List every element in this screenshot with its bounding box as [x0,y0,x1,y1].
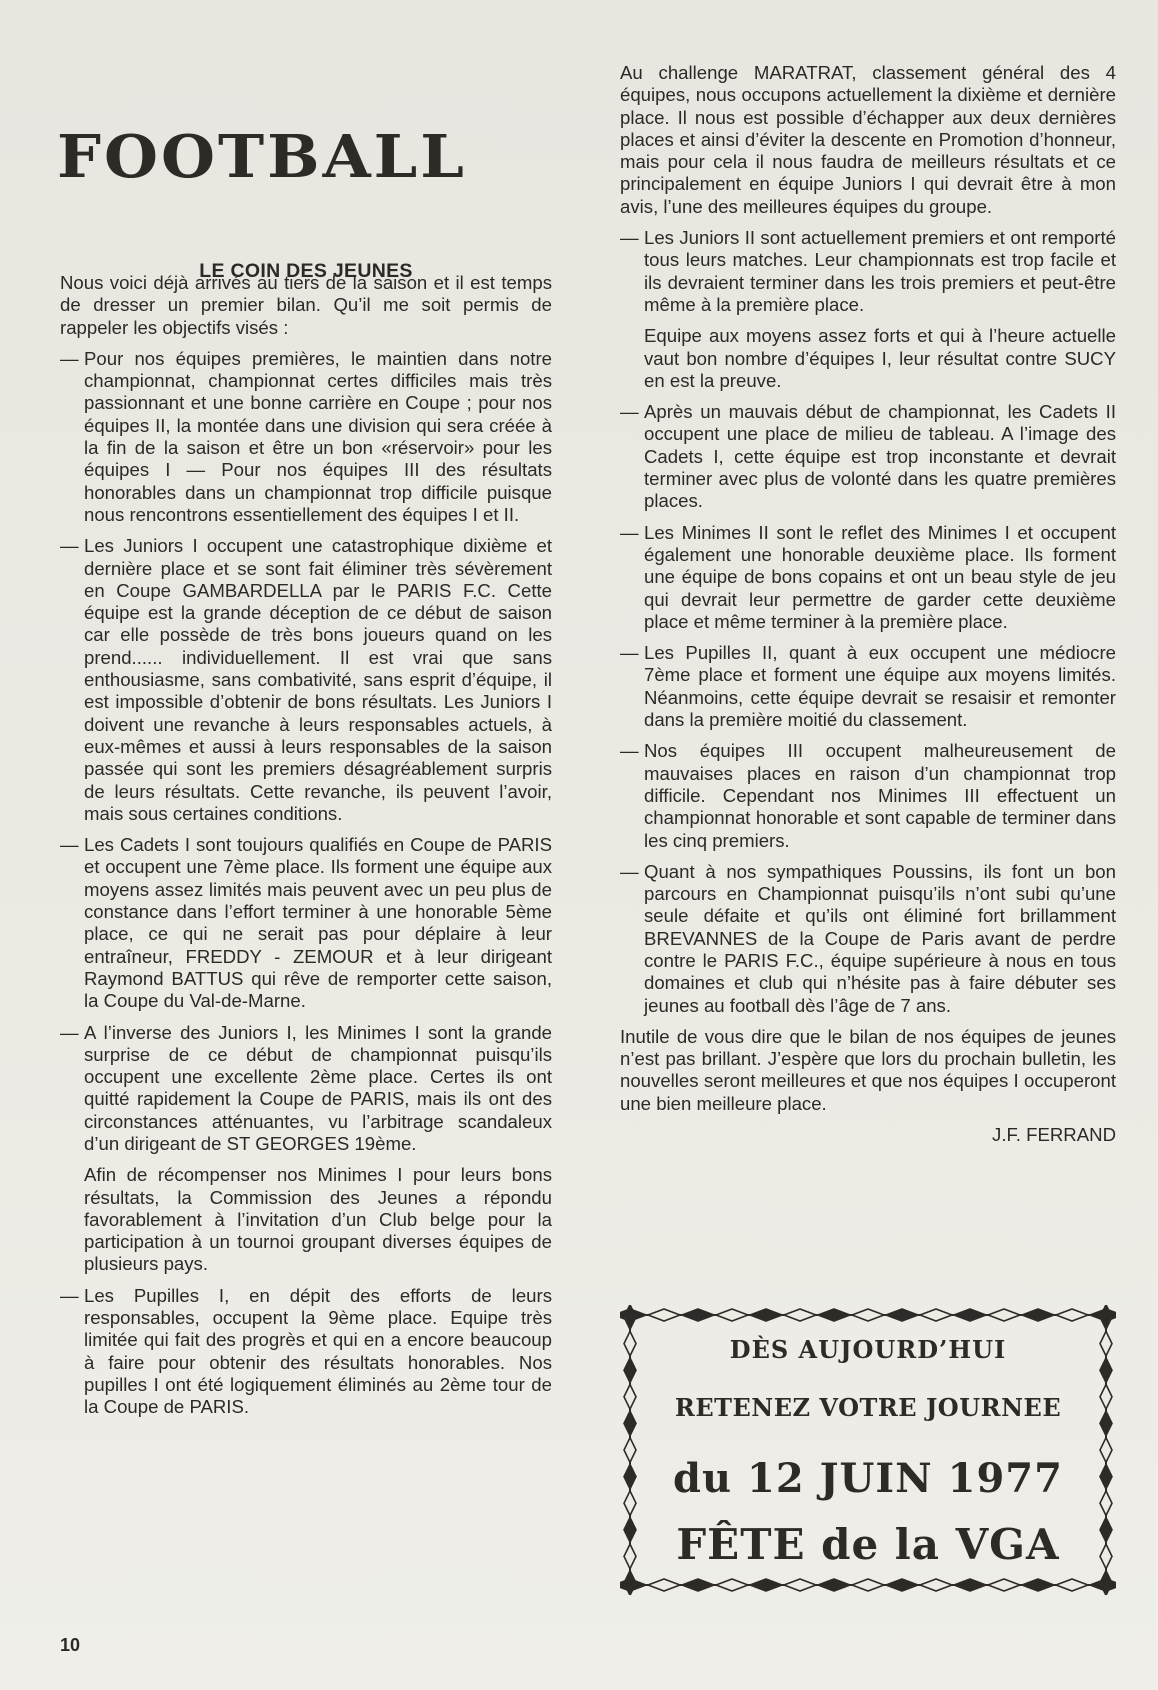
list-item: —Les Juniors II sont actuellement premie… [620,227,1116,316]
announcement-line-2: RETENEZ VOTRE JOURNEE [620,1393,1116,1422]
list-item: —Les Pupilles II, quant à eux occupent u… [620,642,1116,731]
dash-marker: — [620,227,639,249]
list-item: —Les Juniors I occupent une catastrophiq… [60,535,552,825]
dash-marker: — [60,1285,79,1307]
author-signature: J.F. FERRAND [620,1124,1116,1146]
announcement-box: DÈS AUJOURD’HUI RETENEZ VOTRE JOURNEE du… [620,1305,1116,1595]
page-number: 10 [60,1635,80,1656]
announcement-event: FÊTE de la VGA [620,1520,1116,1569]
list-item: —Après un mauvais début de championnat, … [620,401,1116,512]
announcement-line-1: DÈS AUJOURD’HUI [620,1335,1116,1364]
dash-marker: — [620,401,639,423]
intro-paragraph: Au challenge MARATRAT, classement généra… [620,62,1116,218]
conclusion-paragraph: Inutile de vous dire que le bilan de nos… [620,1026,1116,1115]
dash-marker: — [620,642,639,664]
list-item: —Les Pupilles I, en dépit des efforts de… [60,1285,552,1419]
right-column: Au challenge MARATRAT, classement généra… [620,62,1116,1146]
list-item: —A l’inverse des Juniors I, les Minimes … [60,1022,552,1156]
list-item: —Les Cadets I sont toujours qualifiés en… [60,834,552,1012]
page-title: FOOTBALL [57,122,467,191]
intro-paragraph: Nous voici déjà arrivés au tiers de la s… [60,272,552,339]
list-item: —Nos équipes III occupent malheureusemen… [620,740,1116,851]
list-item: —Pour nos équipes premières, le maintien… [60,348,552,526]
indented-paragraph: Equipe aux moyens assez forts et qui à l… [620,325,1116,392]
dash-marker: — [60,834,79,856]
dash-marker: — [620,522,639,544]
left-column: Nous voici déjà arrivés au tiers de la s… [60,272,552,1428]
dash-marker: — [60,348,79,370]
dash-marker: — [60,1022,79,1044]
indented-paragraph: Afin de récompenser nos Minimes I pour l… [60,1164,552,1275]
announcement-date: du 12 JUIN 1977 [620,1455,1116,1502]
magazine-page: FOOTBALL LE COIN DES JEUNES Nous voici d… [0,0,1158,1690]
list-item: —Les Minimes II sont le reflet des Minim… [620,522,1116,633]
dash-marker: — [620,740,639,762]
dash-marker: — [60,535,79,557]
list-item: —Quant à nos sympathiques Poussins, ils … [620,861,1116,1017]
dash-marker: — [620,861,639,883]
